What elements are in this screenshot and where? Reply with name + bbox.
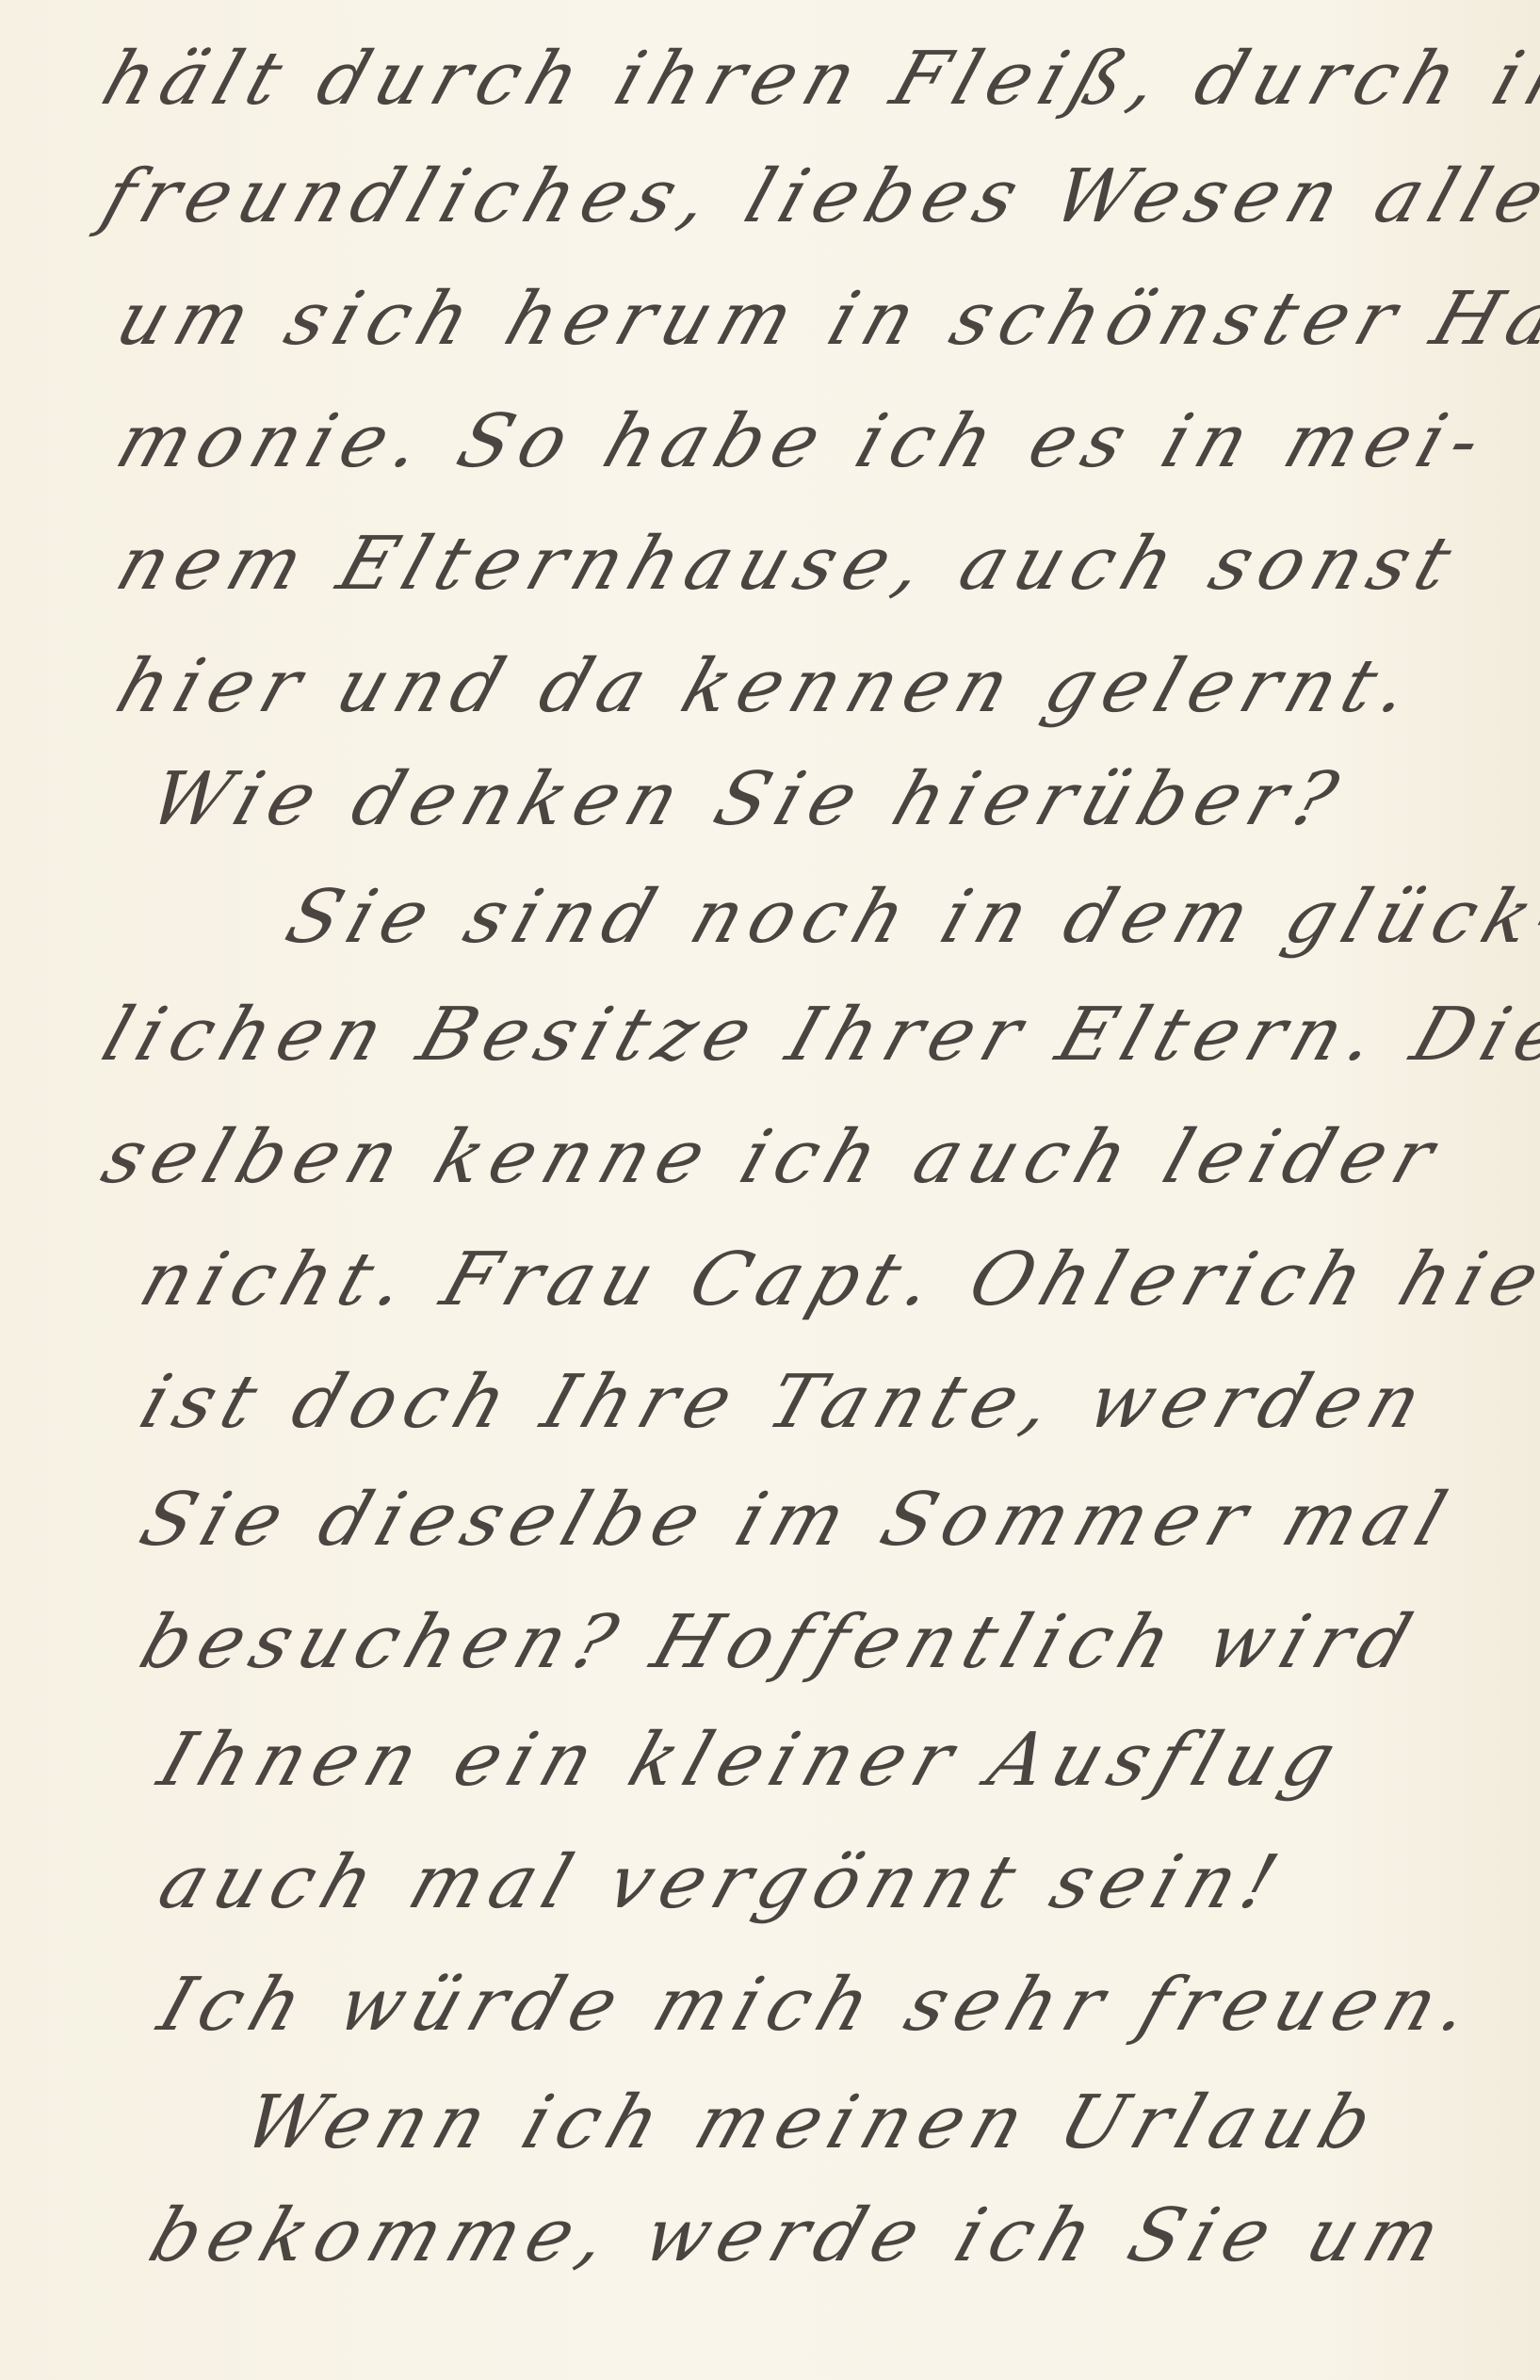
letter-line-10: selben kenne ich auch leider (94, 1121, 1451, 1194)
letter-line-1: hält durch ihren Fleiß, durch ihr (94, 42, 1540, 116)
letter-line-15: Ihnen ein kleiner Ausflug (151, 1724, 1353, 1797)
letter-line-3: um sich herum in schönster Har- (108, 283, 1540, 356)
letter-line-17: Ich würde mich sehr freuen. (151, 1968, 1488, 2042)
letter-line-2: freundliches, liebes Wesen alles (94, 160, 1540, 234)
letter-page: hält durch ihren Fleiß, durch ihr freund… (0, 0, 1540, 2380)
letter-line-7: Wie denken Sie hierüber? (141, 763, 1354, 836)
letter-line-8: Sie sind noch in dem glück- (278, 881, 1540, 954)
letter-line-16: auch mal vergönnt sein! (151, 1846, 1295, 1919)
letter-line-18: Wenn ich meinen Urlaub (235, 2086, 1389, 2160)
letter-line-13: Sie dieselbe im Sommer mal (132, 1483, 1463, 1557)
letter-line-5: nem Elternhause, auch sonst (108, 527, 1468, 601)
letter-line-19: bekomme, werde ich Sie um (141, 2199, 1458, 2273)
letter-line-4: monie. So habe ich es in mei- (108, 405, 1499, 478)
letter-line-6: hier und da kennen gelernt. (108, 650, 1428, 723)
letter-line-12: ist doch Ihre Tante, werden (132, 1366, 1439, 1439)
letter-line-9: lichen Besitze Ihrer Eltern. Die- (94, 998, 1540, 1072)
letter-line-11: nicht. Frau Capt. Ohlerich hier (132, 1243, 1540, 1317)
letter-line-14: besuchen? Hoffentlich wird (132, 1606, 1429, 1679)
